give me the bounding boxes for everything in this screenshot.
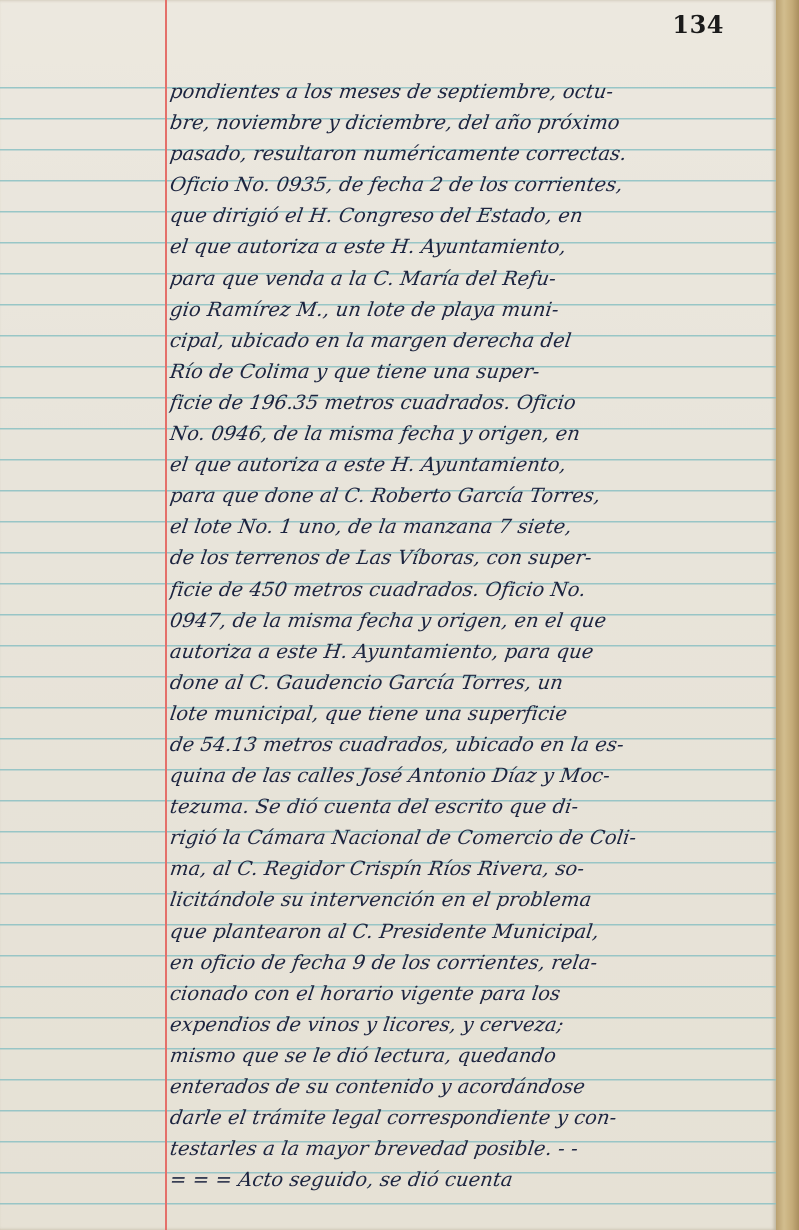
text-line: ma, al C. Regidor Crispín Ríos Rivera, s… <box>168 853 776 884</box>
text-line: lote municipal, que tiene una superficie <box>168 698 776 729</box>
text-line: enterados de su contenido y acordándose <box>168 1071 776 1102</box>
text-line: mismo que se le dió lectura, quedando <box>168 1040 776 1071</box>
text-line: que dirigió el H. Congreso del Estado, e… <box>168 200 776 231</box>
text-line: el que autoriza a este H. Ayuntamiento, <box>168 449 776 480</box>
text-line: tezuma. Se dió cuenta del escrito que di… <box>168 791 776 822</box>
page-number: 134 <box>672 10 724 39</box>
ledger-page: 134 pondientes a los meses de septiembre… <box>0 0 776 1230</box>
text-line: que plantearon al C. Presidente Municipa… <box>168 916 776 947</box>
text-line: 0947, de la misma fecha y origen, en el … <box>168 605 776 636</box>
text-line: ficie de 196.35 metros cuadrados. Oficio <box>168 387 776 418</box>
text-line: pasado, resultaron numéricamente correct… <box>168 138 776 169</box>
text-line: el lote No. 1 uno, de la manzana 7 siete… <box>168 511 776 542</box>
text-line: cionado con el horario vigente para los <box>168 978 776 1009</box>
text-line: para que done al C. Roberto García Torre… <box>168 480 776 511</box>
text-line: No. 0946, de la misma fecha y origen, en <box>168 418 776 449</box>
text-line: Río de Colima y que tiene una super- <box>168 356 776 387</box>
book-page-edge <box>776 0 799 1230</box>
text-line: testarles a la mayor brevedad posible. -… <box>168 1133 776 1164</box>
handwritten-text-block: pondientes a los meses de septiembre, oc… <box>168 76 772 1195</box>
text-line: bre, noviembre y diciembre, del año próx… <box>168 107 776 138</box>
text-line: Oficio No. 0935, de fecha 2 de los corri… <box>168 169 776 200</box>
text-line: en oficio de fecha 9 de los corrientes, … <box>168 947 776 978</box>
text-line: de 54.13 metros cuadrados, ubicado en la… <box>168 729 776 760</box>
text-line: de los terrenos de Las Víboras, con supe… <box>168 542 776 573</box>
text-line: autoriza a este H. Ayuntamiento, para qu… <box>168 636 776 667</box>
text-line: licitándole su intervención en el proble… <box>168 884 776 915</box>
text-line: pondientes a los meses de septiembre, oc… <box>168 76 776 107</box>
text-line: cipal, ubicado en la margen derecha del <box>168 325 776 356</box>
text-line: rigió la Cámara Nacional de Comercio de … <box>168 822 776 853</box>
text-line: darle el trámite legal correspondiente y… <box>168 1102 776 1133</box>
text-line: done al C. Gaudencio García Torres, un <box>168 667 776 698</box>
text-line: para que venda a la C. María del Refu- <box>168 263 776 294</box>
text-line: quina de las calles José Antonio Díaz y … <box>168 760 776 791</box>
text-line: gio Ramírez M., un lote de playa muni- <box>168 294 776 325</box>
red-margin-line <box>165 0 167 1230</box>
text-line: el que autoriza a este H. Ayuntamiento, <box>168 231 776 262</box>
text-line: expendios de vinos y licores, y cerveza; <box>168 1009 776 1040</box>
text-line: ficie de 450 metros cuadrados. Oficio No… <box>168 574 776 605</box>
text-line: = = = Acto seguido, se dió cuenta <box>168 1164 776 1195</box>
